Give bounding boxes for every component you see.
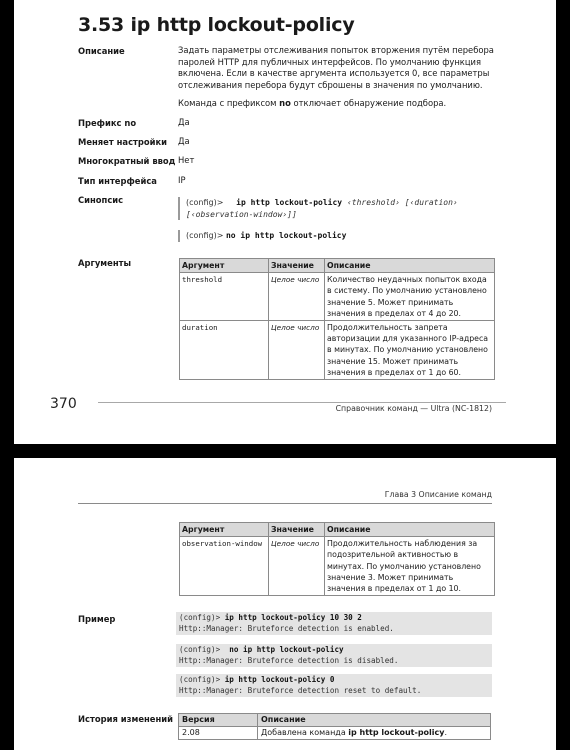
description-text: Задать параметры отслеживания попыток вт… xyxy=(178,45,494,117)
synopsis-command: (config)> ip http lockout-policy ‹thresh… xyxy=(178,197,458,220)
chapter-header: Глава 3 Описание команд xyxy=(385,490,492,499)
example-label: Пример xyxy=(78,614,115,624)
example-code-block: (config)> no ip http lockout-policy Http… xyxy=(176,644,492,667)
table-row: 2.08 Добавлена команда ip http lockout-p… xyxy=(179,727,491,740)
argument-description: Продолжительность наблюдения за подозрит… xyxy=(325,537,495,596)
column-header: Значение xyxy=(269,259,325,273)
command: no ip http lockout-policy xyxy=(226,231,346,240)
history-table: Версия Описание 2.08 Добавлена команда i… xyxy=(178,713,491,740)
argument: ‹threshold› xyxy=(347,198,400,207)
prompt: (config)> xyxy=(179,613,225,622)
description-no-prefix-note: Команда с префиксом no отключает обнаруж… xyxy=(178,98,494,110)
property-label: Тип интерфейса xyxy=(78,176,157,186)
note-text: отключает обнаружение подбора. xyxy=(291,98,446,108)
property-value: Нет xyxy=(178,155,194,167)
note-keyword: no xyxy=(279,98,291,108)
property-value: Да xyxy=(178,117,190,129)
argument-description: Количество неудачных попыток входа в сис… xyxy=(325,273,495,321)
property-value: Да xyxy=(178,136,190,148)
property-label: Многократный ввод xyxy=(78,156,175,166)
prompt: (config)> xyxy=(186,198,223,207)
column-header: Описание xyxy=(258,714,491,727)
command: ip http lockout-policy 10 30 2 xyxy=(225,613,362,622)
column-header: Описание xyxy=(325,523,495,537)
argument: [‹duration› xyxy=(405,198,458,207)
header-divider xyxy=(78,503,492,504)
synopsis-label: Синопсис xyxy=(78,195,123,205)
arguments-table-continued: Аргумент Значение Описание observation-w… xyxy=(179,522,495,596)
property-label: Префикс no xyxy=(78,118,136,128)
table-row: duration Целое число Продолжительность з… xyxy=(180,321,495,380)
command-output: Http::Manager: Bruteforce detection is d… xyxy=(179,656,398,665)
column-header: Значение xyxy=(269,523,325,537)
command-output: Http::Manager: Bruteforce detection rese… xyxy=(179,686,421,695)
note-text: Команда с префиксом xyxy=(178,98,279,108)
footer-text: Справочник команд — Ultra (NC-1812) xyxy=(336,404,492,413)
column-header: Описание xyxy=(325,259,495,273)
change-text: Добавлена команда xyxy=(261,728,348,737)
example-code-block: (config)> ip http lockout-policy 0 Http:… xyxy=(176,674,492,697)
version: 2.08 xyxy=(179,727,258,740)
command: ip http lockout-policy xyxy=(236,198,342,207)
argument-name: duration xyxy=(180,321,269,380)
property-value: IP xyxy=(178,175,186,187)
prompt: (config)> xyxy=(186,231,223,240)
example-code-block: (config)> ip http lockout-policy 10 30 2… xyxy=(176,612,492,635)
description-paragraph: Задать параметры отслеживания попыток вт… xyxy=(178,45,494,91)
section-title: 3.53 ip http lockout-policy xyxy=(78,14,355,36)
table-row: threshold Целое число Количество неудачн… xyxy=(180,273,495,321)
table-row: observation-window Целое число Продолжит… xyxy=(180,537,495,596)
document-page-371: Глава 3 Описание команд Аргумент Значени… xyxy=(14,458,556,750)
description-label: Описание xyxy=(78,46,125,56)
footer-divider xyxy=(98,402,506,403)
argument-name: observation-window xyxy=(180,537,269,596)
argument-description: Продолжительность запрета авторизации дл… xyxy=(325,321,495,380)
prompt: (config)> xyxy=(179,675,225,684)
document-page-370: 3.53 ip http lockout-policy Описание Зад… xyxy=(14,0,556,444)
command: ip http lockout-policy 0 xyxy=(225,675,335,684)
argument-type: Целое число xyxy=(269,321,325,380)
command-output: Http::Manager: Bruteforce detection is e… xyxy=(179,624,394,633)
command: no ip http lockout-policy xyxy=(229,645,343,654)
history-label: История изменений xyxy=(78,714,173,724)
argument: [‹observation-window›]] xyxy=(186,210,297,219)
argument-type: Целое число xyxy=(269,273,325,321)
arguments-label: Аргументы xyxy=(78,258,131,268)
column-header: Аргумент xyxy=(180,523,269,537)
column-header: Аргумент xyxy=(180,259,269,273)
property-label: Меняет настройки xyxy=(78,137,167,147)
argument-type: Целое число xyxy=(269,537,325,596)
prompt: (config)> xyxy=(179,645,229,654)
change-text: . xyxy=(444,728,447,737)
change-description: Добавлена команда ip http lockout-policy… xyxy=(258,727,491,740)
argument-name: threshold xyxy=(180,273,269,321)
page-number: 370 xyxy=(50,396,77,412)
arguments-table: Аргумент Значение Описание threshold Цел… xyxy=(179,258,495,380)
command-name: ip http lockout-policy xyxy=(348,728,444,737)
column-header: Версия xyxy=(179,714,258,727)
synopsis-no-command: (config)> no ip http lockout-policy xyxy=(178,230,346,242)
